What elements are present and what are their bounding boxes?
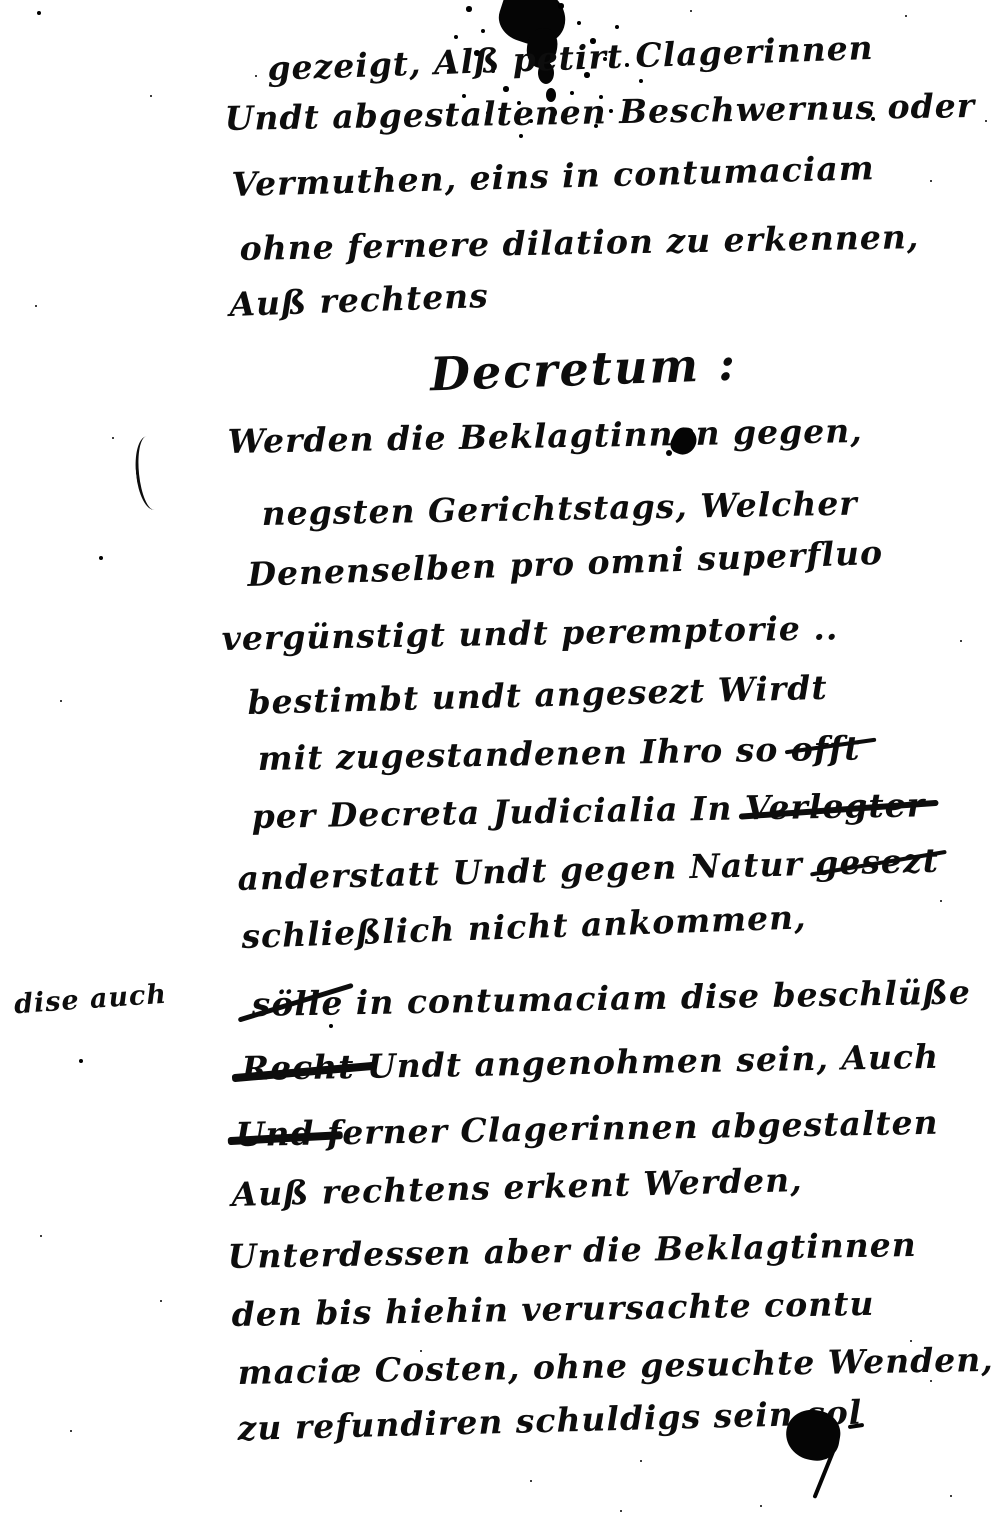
manuscript-page: gezeigt, Alß petirt Clagerinnen Undt abg… <box>0 0 1000 1522</box>
struck-word: offt <box>790 728 860 768</box>
line-text: zu refundiren schuldigs sein sol <box>237 1393 863 1448</box>
manuscript-line: den bis hiehin verursachte contu <box>231 1287 874 1331</box>
line-text: negsten Gerichtstags, Welcher <box>261 484 858 533</box>
line-text: anderstatt Undt gegen Natur <box>237 844 816 898</box>
manuscript-line: per Decreta Judicialia In Verlegter <box>251 788 925 833</box>
manuscript-line: Denenselben pro omni superfluo <box>247 536 884 591</box>
manuscript-line: sölle in contumaciam dise beschlüße <box>251 975 971 1021</box>
manuscript-line: bestimbt undt angesezt Wirdt <box>247 671 828 719</box>
manuscript-line: Werden die Beklagtinnen gegen, <box>227 414 862 458</box>
line-text: maciæ Costen, ohne gesuchte Wenden, <box>237 1340 994 1392</box>
manuscript-line: negsten Gerichtstags, Welcher <box>261 487 857 530</box>
manuscript-line: mit zugestandenen Ihro so offt <box>257 731 860 775</box>
line-text: gezeigt, Alß petirt Clagerinnen <box>267 28 874 88</box>
struck-word: gesezt <box>815 841 940 883</box>
line-text: bestimbt undt angesezt Wirdt <box>247 668 828 722</box>
manuscript-line: schließlich nicht ankommen, <box>241 900 807 953</box>
struck-word: Verlegter <box>745 785 926 827</box>
line-text: vergünstigt undt peremptorie .. <box>221 608 838 658</box>
line-text: mit zugestandenen Ihro so <box>257 730 791 778</box>
manuscript-line: Undt abgestaltenen Beschwernus oder <box>224 89 975 135</box>
line-text: Denenselben pro omni superfluo <box>247 533 884 594</box>
manuscript-line: zu refundiren schuldigs sein sol <box>237 1396 863 1445</box>
manuscript-line: Und ferner Clagerinnen abgestalten <box>235 1106 938 1151</box>
manuscript-line: gezeigt, Alß petirt Clagerinnen <box>267 31 874 85</box>
line-text: in contumaciam dise beschlüße <box>343 972 971 1022</box>
manuscript-line: Unterdessen aber die Beklagtinnen <box>227 1228 917 1273</box>
manuscript-line: anderstatt Undt gegen Natur gesezt <box>237 844 939 895</box>
stray-pen-stroke-icon <box>132 435 169 512</box>
line-text: Vermuthen, eins in contumaciam <box>231 148 875 204</box>
line-text: schließlich nicht ankommen, <box>241 897 807 956</box>
line-text: Auß rechtens erkent Werden, <box>231 1160 803 1214</box>
line-text: Werden die Beklagtinnen gegen, <box>227 411 863 461</box>
struck-word: Und <box>235 1114 315 1154</box>
line-text: ferner Clagerinnen abgestalten <box>314 1103 939 1153</box>
manuscript-line: ohne fernere dilation zu erkennen, <box>239 220 919 265</box>
line-text: den bis hiehin verursachte contu <box>231 1284 874 1334</box>
manuscript-line: Auß rechtens <box>229 279 489 321</box>
struck-word: Recht <box>241 1047 354 1088</box>
decretum-heading: Decretum : <box>429 337 738 402</box>
paper-dust-speckles-icon <box>0 0 2 2</box>
manuscript-line: Auß rechtens erkent Werden, <box>231 1163 803 1211</box>
manuscript-line: vergünstigt undt peremptorie .. <box>221 611 838 655</box>
margin-note: dise auch <box>13 979 168 1021</box>
struck-word: sölle <box>251 983 343 1024</box>
line-text: Unterdessen aber die Beklagtinnen <box>227 1225 917 1276</box>
line-text: ohne fernere dilation zu erkennen, <box>239 217 919 268</box>
manuscript-line: Recht Undt angenohmen sein, Auch <box>241 1040 939 1085</box>
line-text: Undt angenohmen sein, Auch <box>354 1037 939 1086</box>
line-text: per Decreta Judicialia In <box>251 788 745 836</box>
manuscript-line: Vermuthen, eins in contumaciam <box>231 151 875 201</box>
word-ink-blot-icon <box>666 450 672 456</box>
line-text: Auß rechtens <box>229 276 490 324</box>
manuscript-line: maciæ Costen, ohne gesuchte Wenden, <box>237 1343 994 1389</box>
line-text: Undt abgestaltenen Beschwernus oder <box>224 86 975 138</box>
